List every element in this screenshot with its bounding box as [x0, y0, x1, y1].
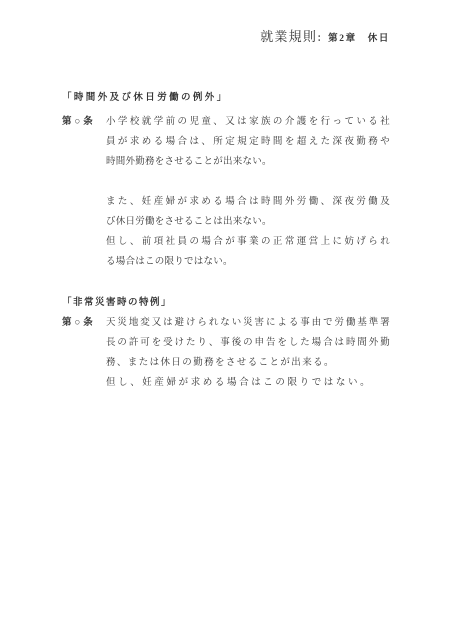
body-line: 小学校就学前の児童、又は家族の介護を行っている社 — [106, 112, 390, 132]
body-line: 長の許可を受けたり、事後の申告をした場合は時間外勤 — [106, 333, 390, 353]
article-body: 天災地変又は避けられない災害による事由で労働基準署 長の許可を受けたり、事後の申… — [106, 313, 390, 393]
body-line: 務、または休日の勤務をさせることが出来る。 — [106, 353, 390, 373]
article-body: 小学校就学前の児童、又は家族の介護を行っている社 員が求める場合は、所定規定時間… — [106, 112, 390, 272]
section-heading: 「非常災害時の特例」 — [62, 293, 390, 313]
body-line: る場合はこの限りではない。 — [106, 252, 390, 272]
body-line: 天災地変又は避けられない災害による事由で労働基準署 — [106, 313, 390, 333]
article: 第○条 天災地変又は避けられない災害による事由で労働基準署 長の許可を受けたり、… — [62, 313, 390, 393]
document-subtitle: ：第2章 休日 — [317, 34, 390, 44]
body-line: 但し、妊産婦が求める場合はこの限りではない。 — [106, 373, 390, 393]
section-overtime-holiday-exceptions: 「時間外及び休日労働の例外」 第○条 小学校就学前の児童、又は家族の介護を行って… — [62, 88, 390, 272]
body-line: また、妊産婦が求める場合は時間外労働、深夜労働及 — [106, 192, 390, 212]
article-number-label: 第○条 — [62, 112, 106, 272]
article: 第○条 小学校就学前の児童、又は家族の介護を行っている社 員が求める場合は、所定… — [62, 112, 390, 272]
document-header: 就業規則：第2章 休日 — [260, 29, 390, 47]
article-number-label: 第○条 — [62, 313, 106, 393]
section-emergency-disaster-special: 「非常災害時の特例」 第○条 天災地変又は避けられない災害による事由で労働基準署… — [62, 293, 390, 393]
body-line: び休日労働をさせることは出来ない。 — [106, 212, 390, 232]
blank-line — [106, 172, 390, 192]
body-line: 但し、前項社員の場合が事業の正常運営上に妨げられ — [106, 232, 390, 252]
body-line: 員が求める場合は、所定規定時間を超えた深夜勤務や — [106, 132, 390, 152]
section-heading: 「時間外及び休日労働の例外」 — [62, 88, 390, 108]
document-title: 就業規則 — [260, 29, 317, 44]
body-line: 時間外勤務をさせることが出来ない。 — [106, 152, 390, 172]
document-page: 就業規則：第2章 休日 「時間外及び休日労働の例外」 第○条 小学校就学前の児童… — [0, 0, 450, 636]
